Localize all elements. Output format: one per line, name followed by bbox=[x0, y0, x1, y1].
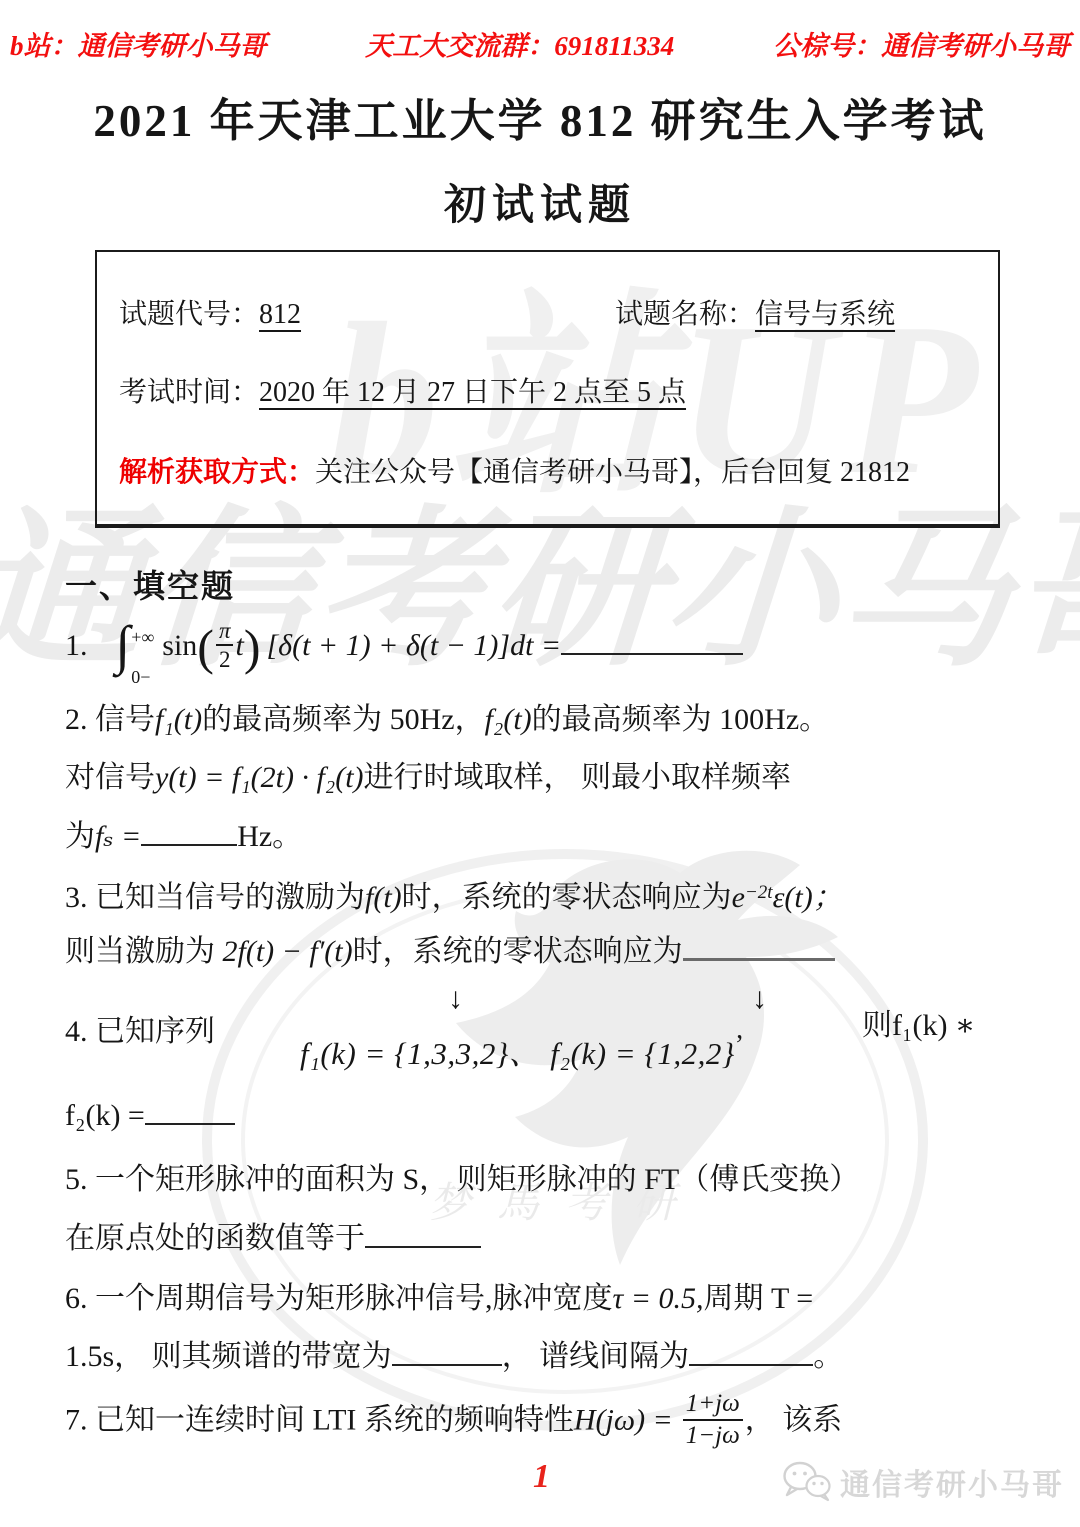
question-4-tail: 则f₁(k) ∗ bbox=[862, 1006, 975, 1046]
q1-fraction: π2 bbox=[216, 618, 234, 673]
q1-number: 1. bbox=[65, 629, 88, 662]
question-2-line-2: 对信号y(t) = f₁(2t) · f₂(t)进行时域取样， 则最小取样频率 bbox=[65, 758, 791, 798]
q2-blank bbox=[141, 836, 237, 846]
q4-sequence-1: f₁(k) = {1,3,3,2}、 bbox=[300, 1036, 540, 1071]
header-left: b站：通信考研小马哥 bbox=[10, 24, 267, 63]
exam-title: 2021 年天津工业大学 812 研究生入学考试 bbox=[0, 84, 1080, 149]
exam-name-label: 试题名称： bbox=[615, 299, 755, 330]
q1-lparen: ( bbox=[197, 619, 214, 675]
q5-blank bbox=[365, 1238, 481, 1248]
exam-subtitle: 初试试题 bbox=[0, 172, 1080, 232]
question-3-line-1: 3. 已知当信号的激励为f(t)时，系统的零状态响应为e−2tε(t)； bbox=[65, 873, 843, 918]
exam-time-value: 2020 年 12 月 27 日下午 2 点至 5 点 bbox=[259, 377, 686, 408]
integral-limits: +∞0− bbox=[131, 617, 154, 675]
answer-method-text: 关注公众号【通信考研小马哥】，后台回复 21812 bbox=[315, 457, 910, 488]
question-3-line-2: 则当激励为 2f(t) − f′(t)时，系统的零状态响应为 bbox=[65, 932, 835, 972]
q1-blank bbox=[561, 645, 743, 655]
q1-var: t bbox=[235, 629, 243, 662]
question-5-line-2: 在原点处的函数值等于 bbox=[65, 1219, 481, 1259]
q4-sequence-2: f₂(k) = {1,2,2} bbox=[550, 1036, 735, 1071]
q1-expression: [δ(t + 1) + δ(t − 1)]dt = bbox=[266, 629, 561, 662]
exam-name-value: 信号与系统 bbox=[755, 299, 895, 330]
question-6-line-2: 1.5s， 则其频谱的带宽为， 谱线间隔为。 bbox=[65, 1337, 843, 1377]
q4-origin-arrow-1: ↓ bbox=[448, 982, 463, 1016]
q3-exponent: −2t bbox=[745, 882, 773, 903]
question-4-line-2: f₂(k) = bbox=[65, 1096, 235, 1136]
exam-time-label: 考试时间： bbox=[119, 377, 259, 408]
q4-blank bbox=[145, 1115, 235, 1125]
wechat-icon bbox=[782, 1461, 832, 1503]
q6-blank-2 bbox=[689, 1356, 813, 1366]
footer-brand-text: 通信考研小马哥 bbox=[840, 1460, 1064, 1504]
exam-name-row: 试题名称：信号与系统 bbox=[615, 292, 895, 332]
q4-origin-arrow-2: ↓ bbox=[752, 982, 767, 1016]
exam-info-box: 试题代号：812 试题名称：信号与系统 考试时间：2020 年 12 月 27 … bbox=[95, 250, 1000, 528]
header-center: 天工大交流群：691811334 bbox=[365, 24, 674, 63]
header-right: 公棕号：通信考研小马哥 bbox=[773, 24, 1070, 63]
question-4-intro: 4. 已知序列 bbox=[65, 1012, 215, 1052]
q3-blank bbox=[683, 950, 835, 961]
page-number: 1 bbox=[533, 1458, 550, 1496]
answer-method-row: 解析获取方式：关注公众号【通信考研小马哥】，后台回复 21812 bbox=[119, 450, 910, 490]
exam-time-row: 考试时间：2020 年 12 月 27 日下午 2 点至 5 点 bbox=[119, 370, 686, 410]
q1-rparen: ) bbox=[244, 619, 261, 675]
q7-fraction: 1+jω1−jω bbox=[683, 1390, 743, 1449]
question-5-line-1: 5. 一个矩形脉冲的面积为 S， 则矩形脉冲的 FT（傅氏变换） bbox=[65, 1160, 859, 1200]
q4-comma: ’ bbox=[735, 1030, 744, 1061]
q7-transfer-function: H(jω) = bbox=[574, 1403, 673, 1436]
q6-blank-1 bbox=[392, 1356, 502, 1366]
question-6-line-1: 6. 一个周期信号为矩形脉冲信号,脉冲宽度τ = 0.5,周期 T = bbox=[65, 1279, 813, 1319]
question-2-line-1: 2. 信号f₁(t)的最高频率为 50Hz，f₂(t)的最高频率为 100Hz。 bbox=[65, 700, 829, 740]
exam-code-value: 812 bbox=[259, 299, 301, 330]
integral-sign: ∫ bbox=[116, 615, 131, 675]
answer-method-label: 解析获取方式： bbox=[119, 457, 315, 488]
section-1-title: 一、填空题 bbox=[65, 566, 235, 606]
question-1: 1.∫+∞0−sin(π2t)[δ(t + 1) + δ(t − 1)]dt = bbox=[65, 618, 743, 677]
question-4-sequences: f₁(k) = {1,3,3,2}、f₂(k) = {1,2,2}’ bbox=[300, 1026, 744, 1075]
top-header: b站：通信考研小马哥 天工大交流群：691811334 公棕号：通信考研小马哥 bbox=[0, 24, 1080, 63]
exam-code-label: 试题代号： bbox=[119, 299, 259, 330]
exam-code-row: 试题代号：812 bbox=[119, 292, 301, 332]
footer-brand: 通信考研小马哥 bbox=[782, 1460, 1064, 1504]
question-7: 7. 已知一连续时间 LTI 系统的频响特性H(jω) =1+jω1−jω， 该… bbox=[65, 1393, 842, 1452]
q1-sin: sin bbox=[162, 629, 197, 662]
question-2-line-3: 为fₛ =Hz。 bbox=[65, 817, 302, 857]
